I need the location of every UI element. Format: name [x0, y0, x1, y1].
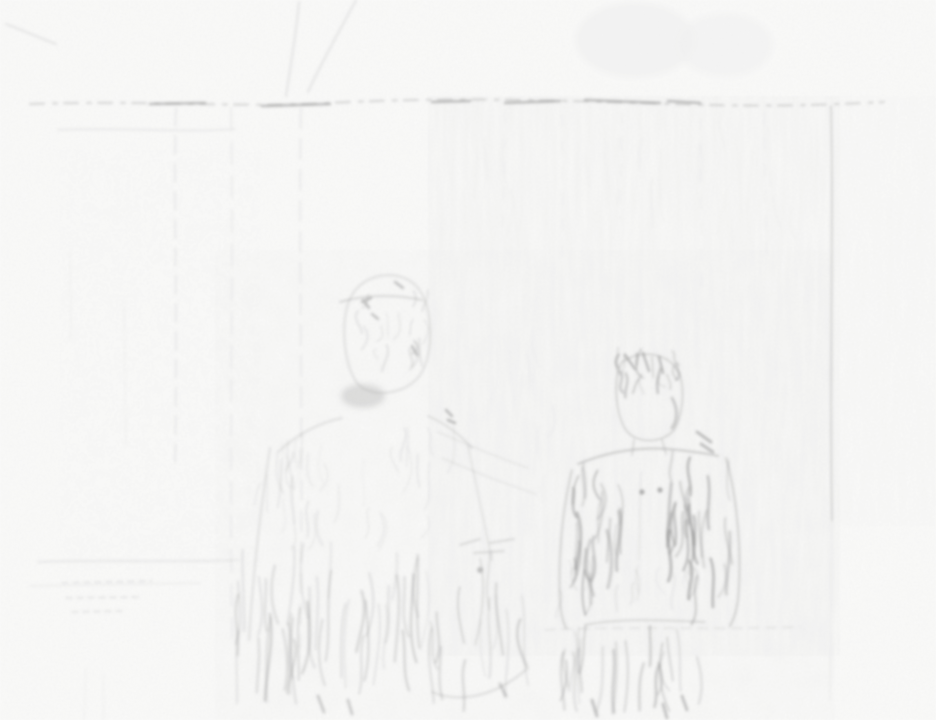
left-wall-mottle	[60, 150, 260, 570]
sketch-layers	[0, 0, 936, 720]
sketch-image	[0, 0, 936, 720]
bench-line-left	[38, 560, 238, 562]
right-figure-button-2	[657, 487, 662, 492]
right-margin-streaks	[840, 96, 936, 526]
right-jacket-right-panel-stroke	[708, 476, 709, 529]
left-figure-chin-shadow	[341, 384, 385, 408]
right-legs-hatch-stroke	[613, 650, 615, 712]
panel-edge-line	[831, 106, 832, 520]
paper-texture	[0, 0, 936, 720]
soft-smudge-cloud-b	[677, 13, 773, 77]
pencil-sketch-canvas	[0, 0, 936, 720]
right-legs-hatch-stroke	[650, 626, 651, 666]
soft-smudge-cloud-a	[575, 2, 695, 78]
right-figure-button-1	[639, 489, 644, 494]
